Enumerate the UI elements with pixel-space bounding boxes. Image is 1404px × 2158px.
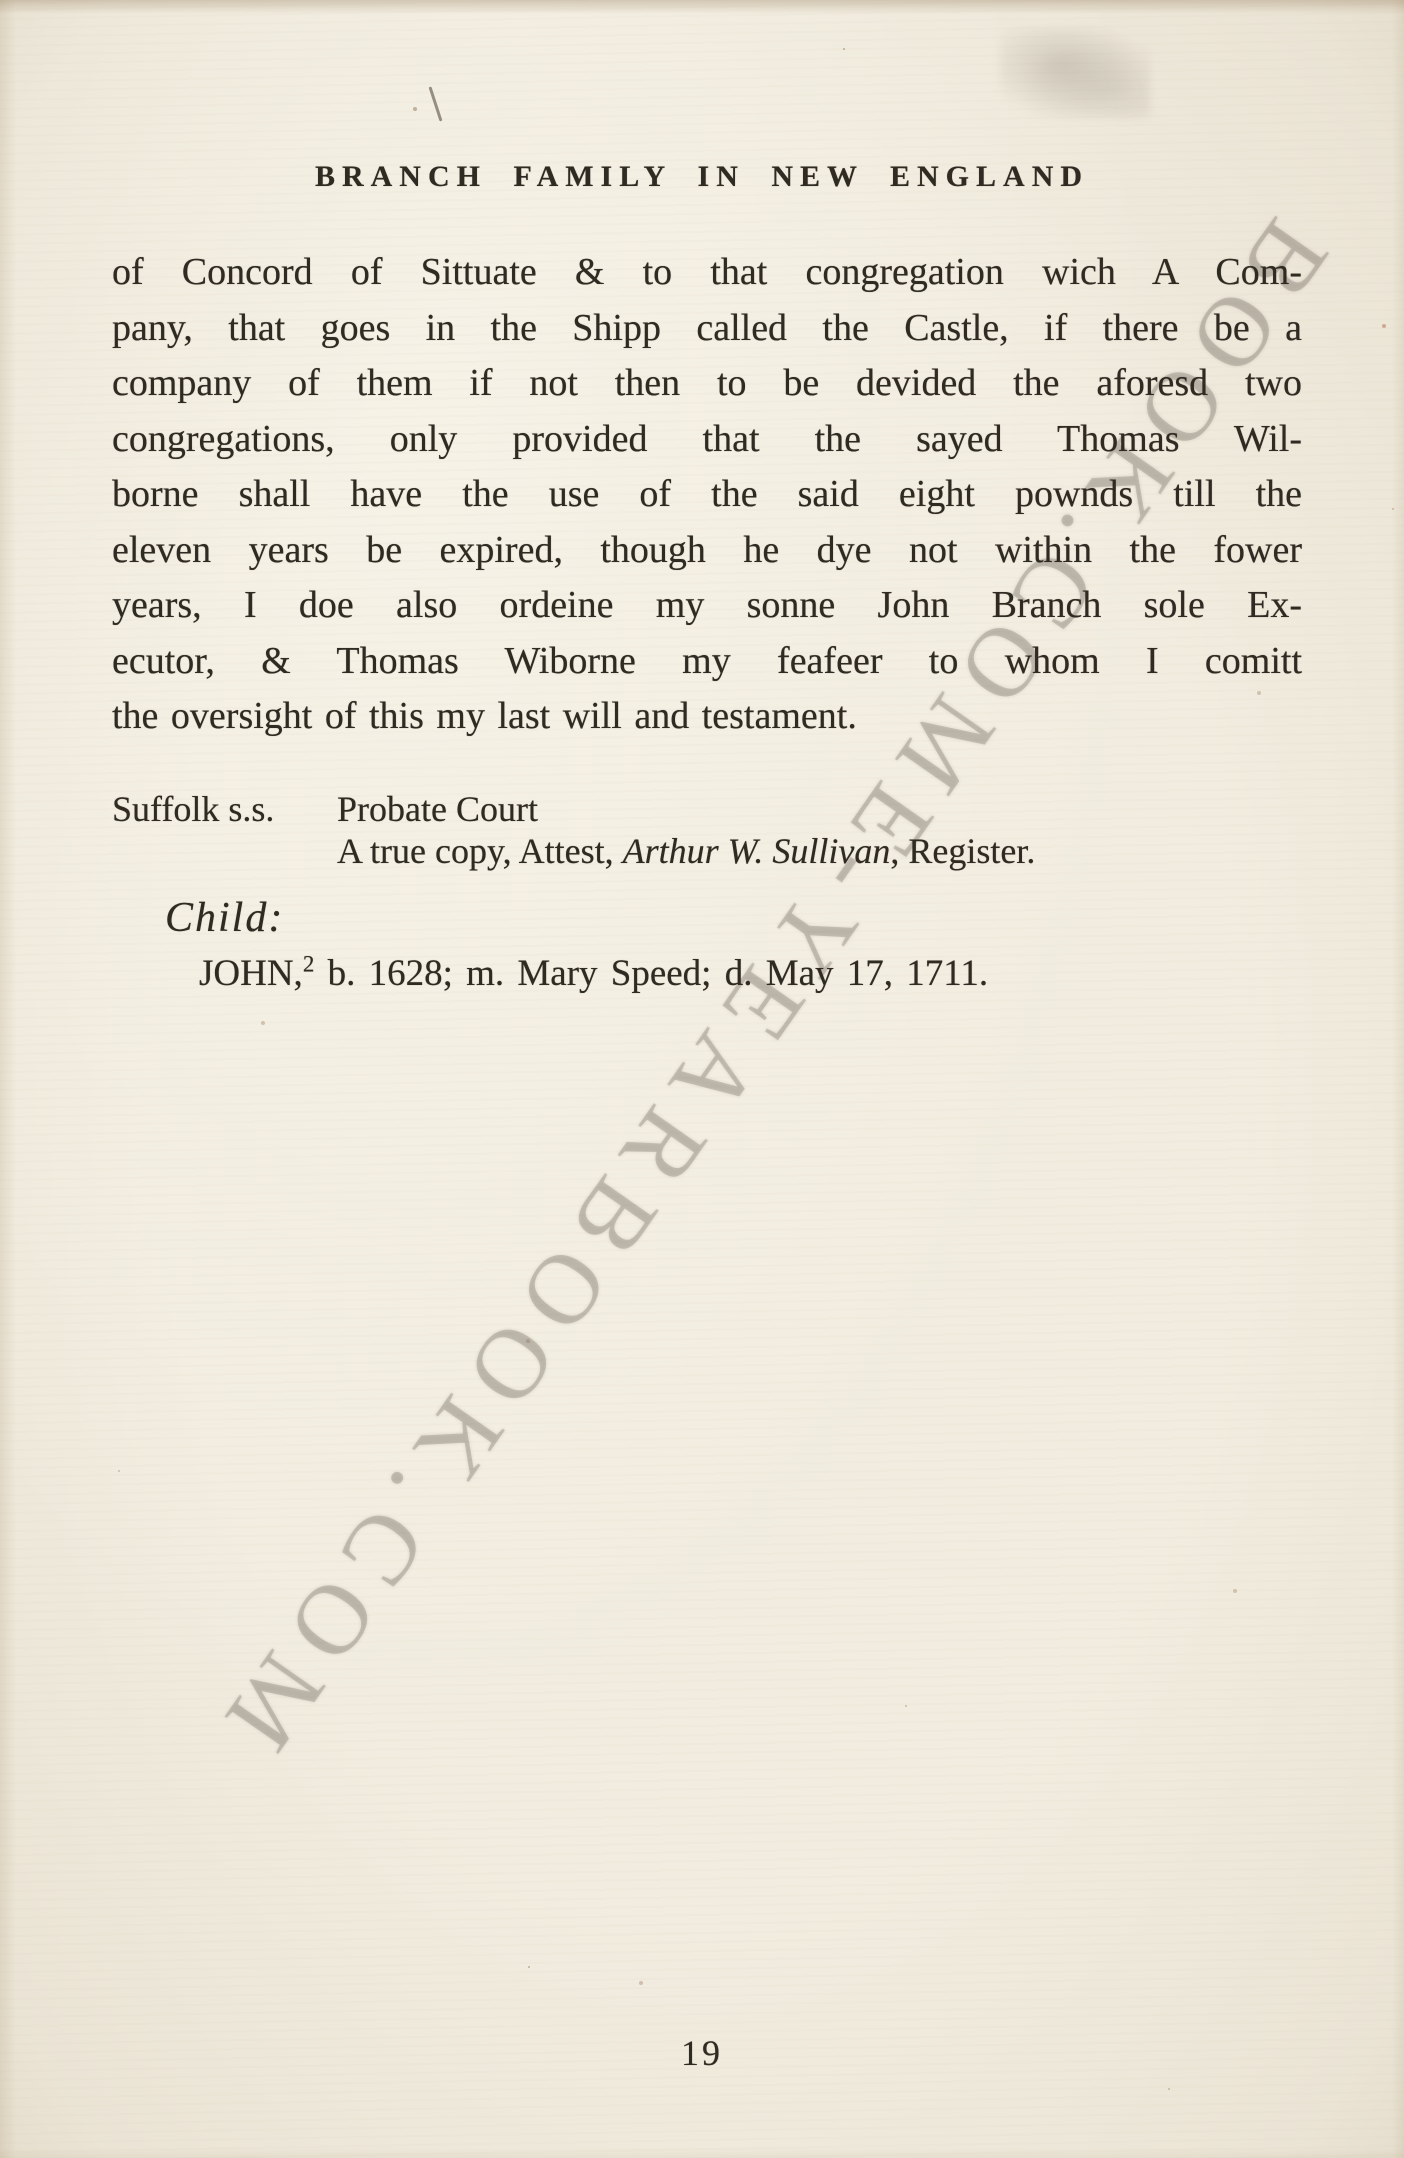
attest-line: A true copy, Attest, Arthur W. Sullivan,… xyxy=(337,830,1035,872)
body-line: years, I doe also ordeine my sonne John … xyxy=(112,578,1302,634)
probate-jurisdiction: Suffolk s.s. xyxy=(112,789,274,829)
generation-superscript: 2 xyxy=(303,952,315,977)
page-number: 19 xyxy=(0,2032,1404,2074)
pen-slash-mark xyxy=(429,86,443,121)
body-line: pany, that goes in the Shipp called the … xyxy=(112,301,1302,357)
running-head: BRANCH FAMILY IN NEW ENGLAND xyxy=(0,160,1404,194)
body-line: congregations, only provided that the sa… xyxy=(112,412,1302,468)
probate-row: Suffolk s.s. Probate Court xyxy=(112,788,1302,830)
body-line: borne shall have the use of the said eig… xyxy=(112,467,1302,523)
child-details: b. 1628; m. Mary Speed; d. May 17, 1711. xyxy=(314,953,988,994)
body-line: of Concord of Sittuate & to that congreg… xyxy=(112,245,1302,301)
will-text-paragraph: of Concord of Sittuate & to that congreg… xyxy=(112,245,1302,745)
probate-court: Probate Court xyxy=(337,788,538,830)
watermark-text: E-YEARBOOK.COM xyxy=(194,764,955,1785)
body-line: ecutor, & Thomas Wiborne my feafeer to w… xyxy=(112,634,1302,690)
attest-register-name: Arthur W. Sullivan xyxy=(623,831,891,871)
paper-smudge xyxy=(1000,28,1150,118)
child-entry: JOHN,2 b. 1628; m. Mary Speed; d. May 17… xyxy=(199,952,988,995)
body-line: the oversight of this my last will and t… xyxy=(112,689,1302,745)
attest-prefix: A true copy, Attest, xyxy=(337,831,623,871)
attest-suffix: , Register. xyxy=(890,831,1035,871)
body-line: company of them if not then to be devide… xyxy=(112,356,1302,412)
paper-specks xyxy=(0,0,2,2)
child-name: JOHN, xyxy=(199,953,303,994)
child-section-label: Child: xyxy=(165,894,284,942)
book-page-scan: BOOK.COME-YEARBOOK.COM BRANCH FAMILY IN … xyxy=(0,0,1404,2158)
body-line: eleven years be expired, though he dye n… xyxy=(112,523,1302,579)
